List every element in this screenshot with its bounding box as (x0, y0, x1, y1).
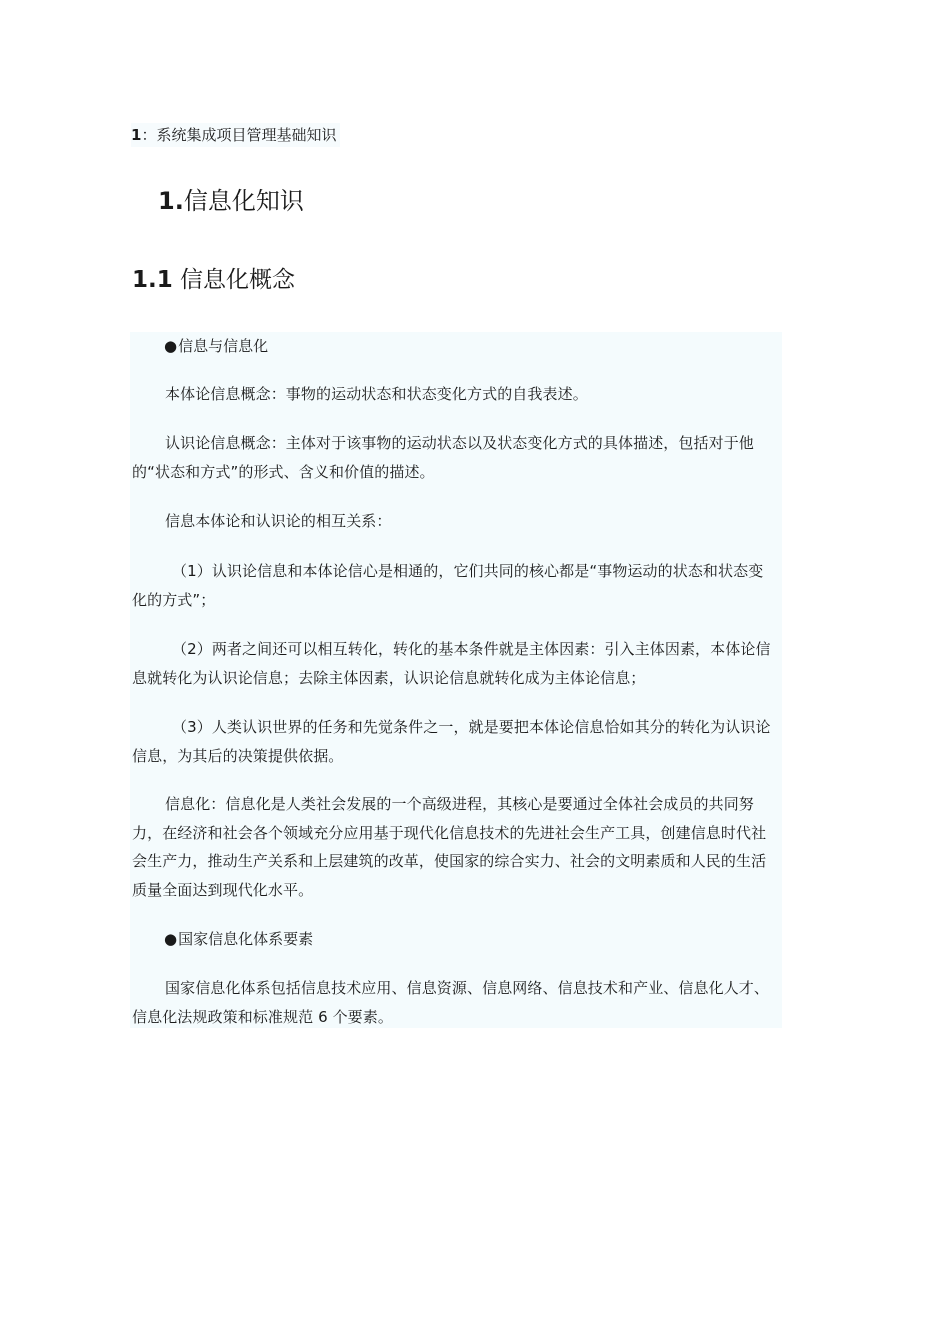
paragraph-relationship-item-1: （1）认识论信息和本体论信心是相通的，它们共同的核心都是“事物运动的状态和状态变… (132, 557, 778, 614)
section-title-info-and-informatization: ●信息与信息化 (164, 332, 268, 360)
paragraph-national-informatization-elements: 国家信息化体系包括信息技术应用、信息资源、信息网络、信息技术和产业、信息化人才、… (132, 974, 778, 1031)
paragraph-ontology-info: 本体论信息概念：事物的运动状态和状态变化方式的自我表述。 (132, 380, 778, 409)
section-title-national-informatization-elements: ●国家信息化体系要素 (164, 925, 313, 953)
heading-level-1: 1.信息化知识 (158, 184, 304, 218)
bullet-icon: ● (164, 337, 177, 355)
section-title-text: 信息与信息化 (178, 337, 268, 355)
paragraph-informatization-definition: 信息化：信息化是人类社会发展的一个高级进程，其核心是要通过全体社会成员的共同努力… (132, 790, 778, 904)
heading-2-text: 信息化概念 (173, 267, 295, 293)
heading-1-text: 信息化知识 (184, 187, 304, 215)
content-box: ●信息与信息化 本体论信息概念：事物的运动状态和状态变化方式的自我表述。 认识论… (130, 332, 782, 1028)
paragraph-relationship-heading: 信息本体论和认识论的相互关系： (132, 507, 778, 536)
document-title-number: 1 (131, 126, 141, 144)
bullet-icon: ● (164, 930, 177, 948)
document-title: 1：系统集成项目管理基础知识 (131, 123, 340, 147)
paragraph-relationship-item-2: （2）两者之间还可以相互转化，转化的基本条件就是主体因素：引入主体因素，本体论信… (132, 635, 778, 692)
heading-1-number: 1. (158, 187, 184, 215)
paragraph-epistemology-info: 认识论信息概念：主体对于该事物的运动状态以及状态变化方式的具体描述，包括对于他的… (132, 429, 778, 486)
document-title-separator: ： (141, 126, 156, 144)
paragraph-relationship-item-3: （3）人类认识世界的任务和先觉条件之一，就是要把本体论信息恰如其分的转化为认识论… (132, 713, 778, 770)
heading-2-number: 1.1 (132, 267, 173, 293)
section-title-text: 国家信息化体系要素 (178, 930, 313, 948)
document-title-text: 系统集成项目管理基础知识 (156, 126, 336, 144)
heading-level-2: 1.1 信息化概念 (132, 263, 295, 297)
